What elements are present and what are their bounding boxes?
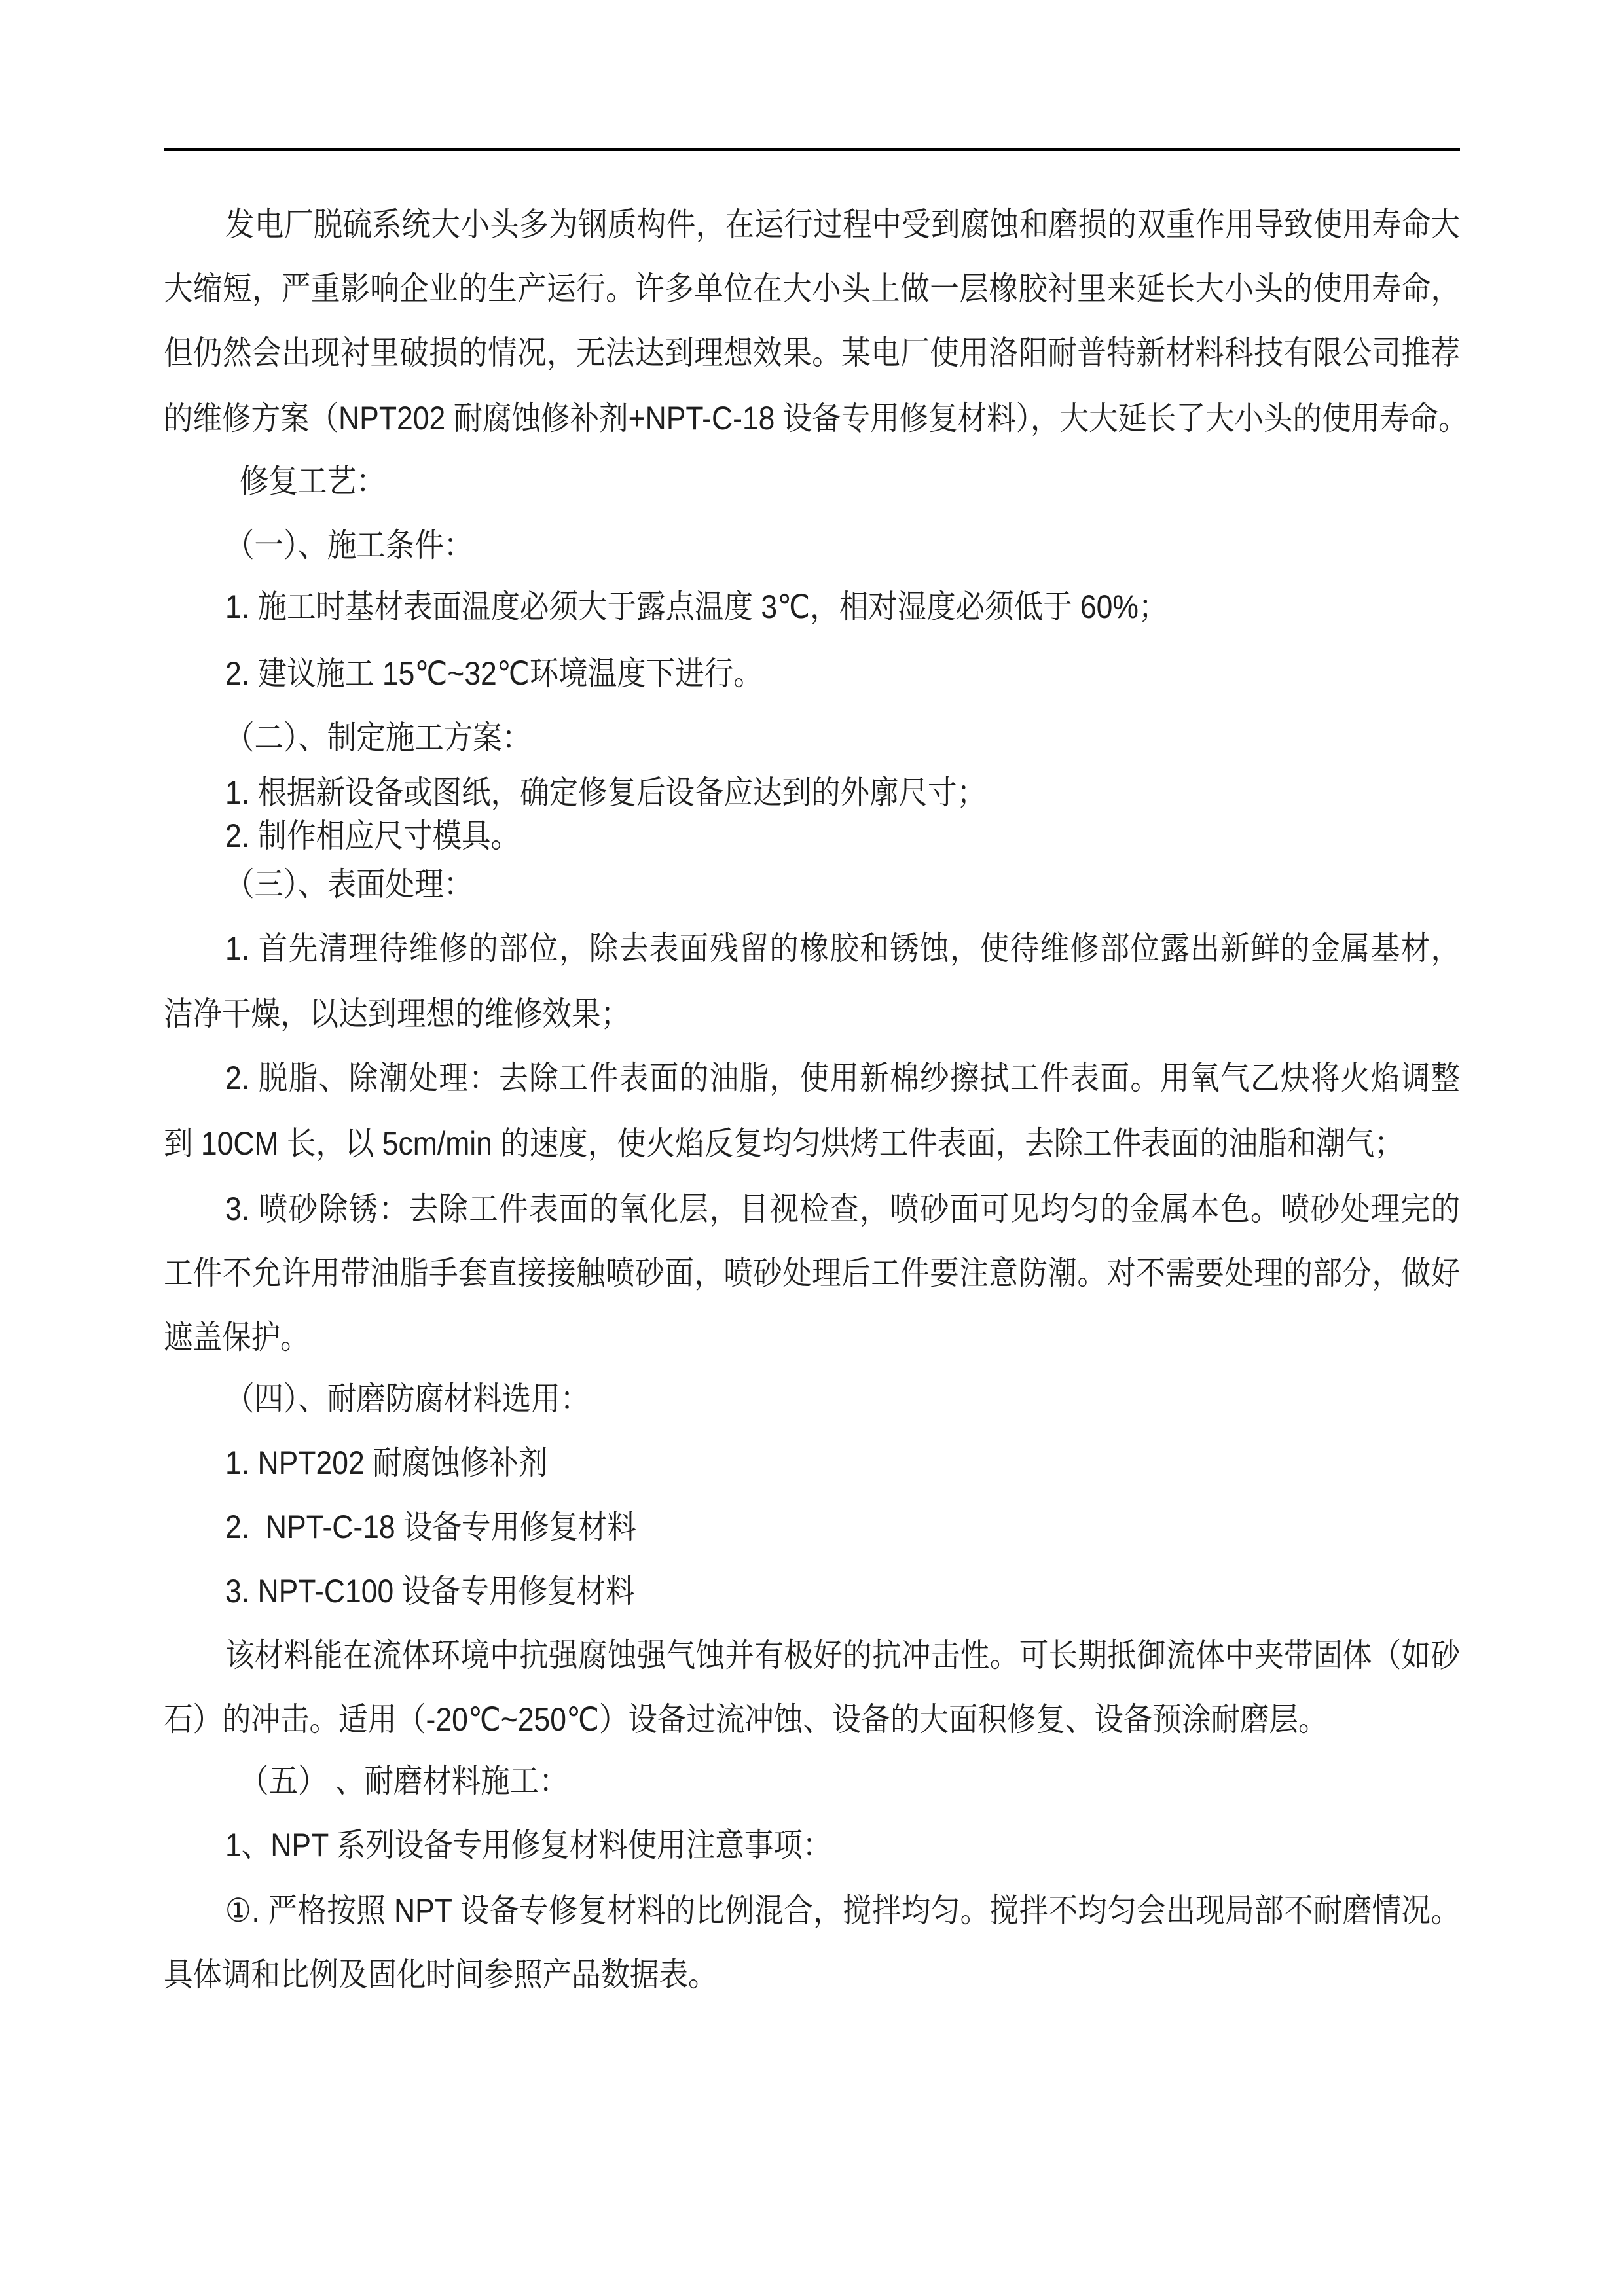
text-line: 3. NPT-C100 设备专用修复材料 [225,1573,635,1609]
header-rule [164,148,1460,151]
text-line: 1. NPT202 耐腐蚀修补剂 [225,1444,547,1481]
text-line: 1、NPT 系列设备专用修复材料使用注意事项： [225,1827,831,1863]
text-line: 洁净干燥，以达到理想的维修效果； [164,996,630,1032]
text-line: 到 10CM 长，以 5cm/min 的速度，使火焰反复均匀烘烤工件表面，去除工… [164,1125,1404,1162]
text-line: 1. 首先清理待维修的部位，除去表面残留的橡胶和锈蚀，使待维修部位露出新鲜的金属… [225,930,1460,967]
text-line: （三）、表面处理： [225,866,473,903]
text-line: 2. 建议施工 15℃~32℃环境温度下进行。 [225,655,763,692]
text-line: 修复工艺： [240,463,386,499]
text-line: （一）、施工条件： [225,527,473,564]
text-line: 1. 施工时基材表面温度必须大于露点温度 3℃，相对湿度必须低于 60%； [225,588,1167,625]
text-line: ①. 严格按照 NPT 设备专修复材料的比例混合，搅拌均匀。搅拌不均匀会出现局部… [225,1892,1460,1929]
text-line: 工件不允许用带油脂手套直接接触喷砂面，喷砂处理后工件要注意防潮。对不需要处理的部… [164,1255,1460,1291]
text-line: 但仍然会出现衬里破损的情况，无法达到理想效果。某电厂使用洛阳耐普特新材料科技有限… [164,334,1460,371]
text-line: 2. 制作相应尺寸模具。 [225,817,520,854]
document-page: 发电厂脱硫系统大小头多为钢质构件，在运行过程中受到腐蚀和磨损的双重作用导致使用寿… [0,0,1623,2296]
text-line: 石）的冲击。适用（-20℃~250℃）设备过流冲蚀、设备的大面积修复、设备预涂耐… [164,1701,1328,1738]
text-line: 大缩短，严重影响企业的生产运行。许多单位在大小头上做一层橡胶衬里来延长大小头的使… [164,270,1460,307]
text-line: 该材料能在流体环境中抗强腐蚀强气蚀并有极好的抗冲击性。可长期抵御流体中夹带固体（… [225,1637,1460,1674]
text-line: 2. 脱脂、除潮处理：去除工件表面的油脂，使用新棉纱擦拭工件表面。用氧气乙炔将火… [225,1060,1460,1096]
text-line: 发电厂脱硫系统大小头多为钢质构件，在运行过程中受到腐蚀和磨损的双重作用导致使用寿… [225,206,1460,243]
text-line: 1. 根据新设备或图纸，确定修复后设备应达到的外廓尺寸； [225,774,986,811]
text-line: 的维修方案（NPT202 耐腐蚀修补剂+NPT-C-18 设备专用修复材料），大… [164,400,1468,437]
text-line: 具体调和比例及固化时间参照产品数据表。 [164,1956,718,1993]
text-line: 3. 喷砂除锈：去除工件表面的氧化层，目视检查，喷砂面可见均匀的金属本色。喷砂处… [225,1191,1460,1227]
text-line: （五） 、耐磨材料施工： [240,1763,568,1799]
text-line: （四）、耐磨防腐材料选用： [225,1380,589,1417]
text-line: 遮盖保护。 [164,1319,310,1355]
text-line: 2. NPT-C-18 设备专用修复材料 [225,1509,636,1545]
text-line: （二）、制定施工方案： [225,719,531,756]
